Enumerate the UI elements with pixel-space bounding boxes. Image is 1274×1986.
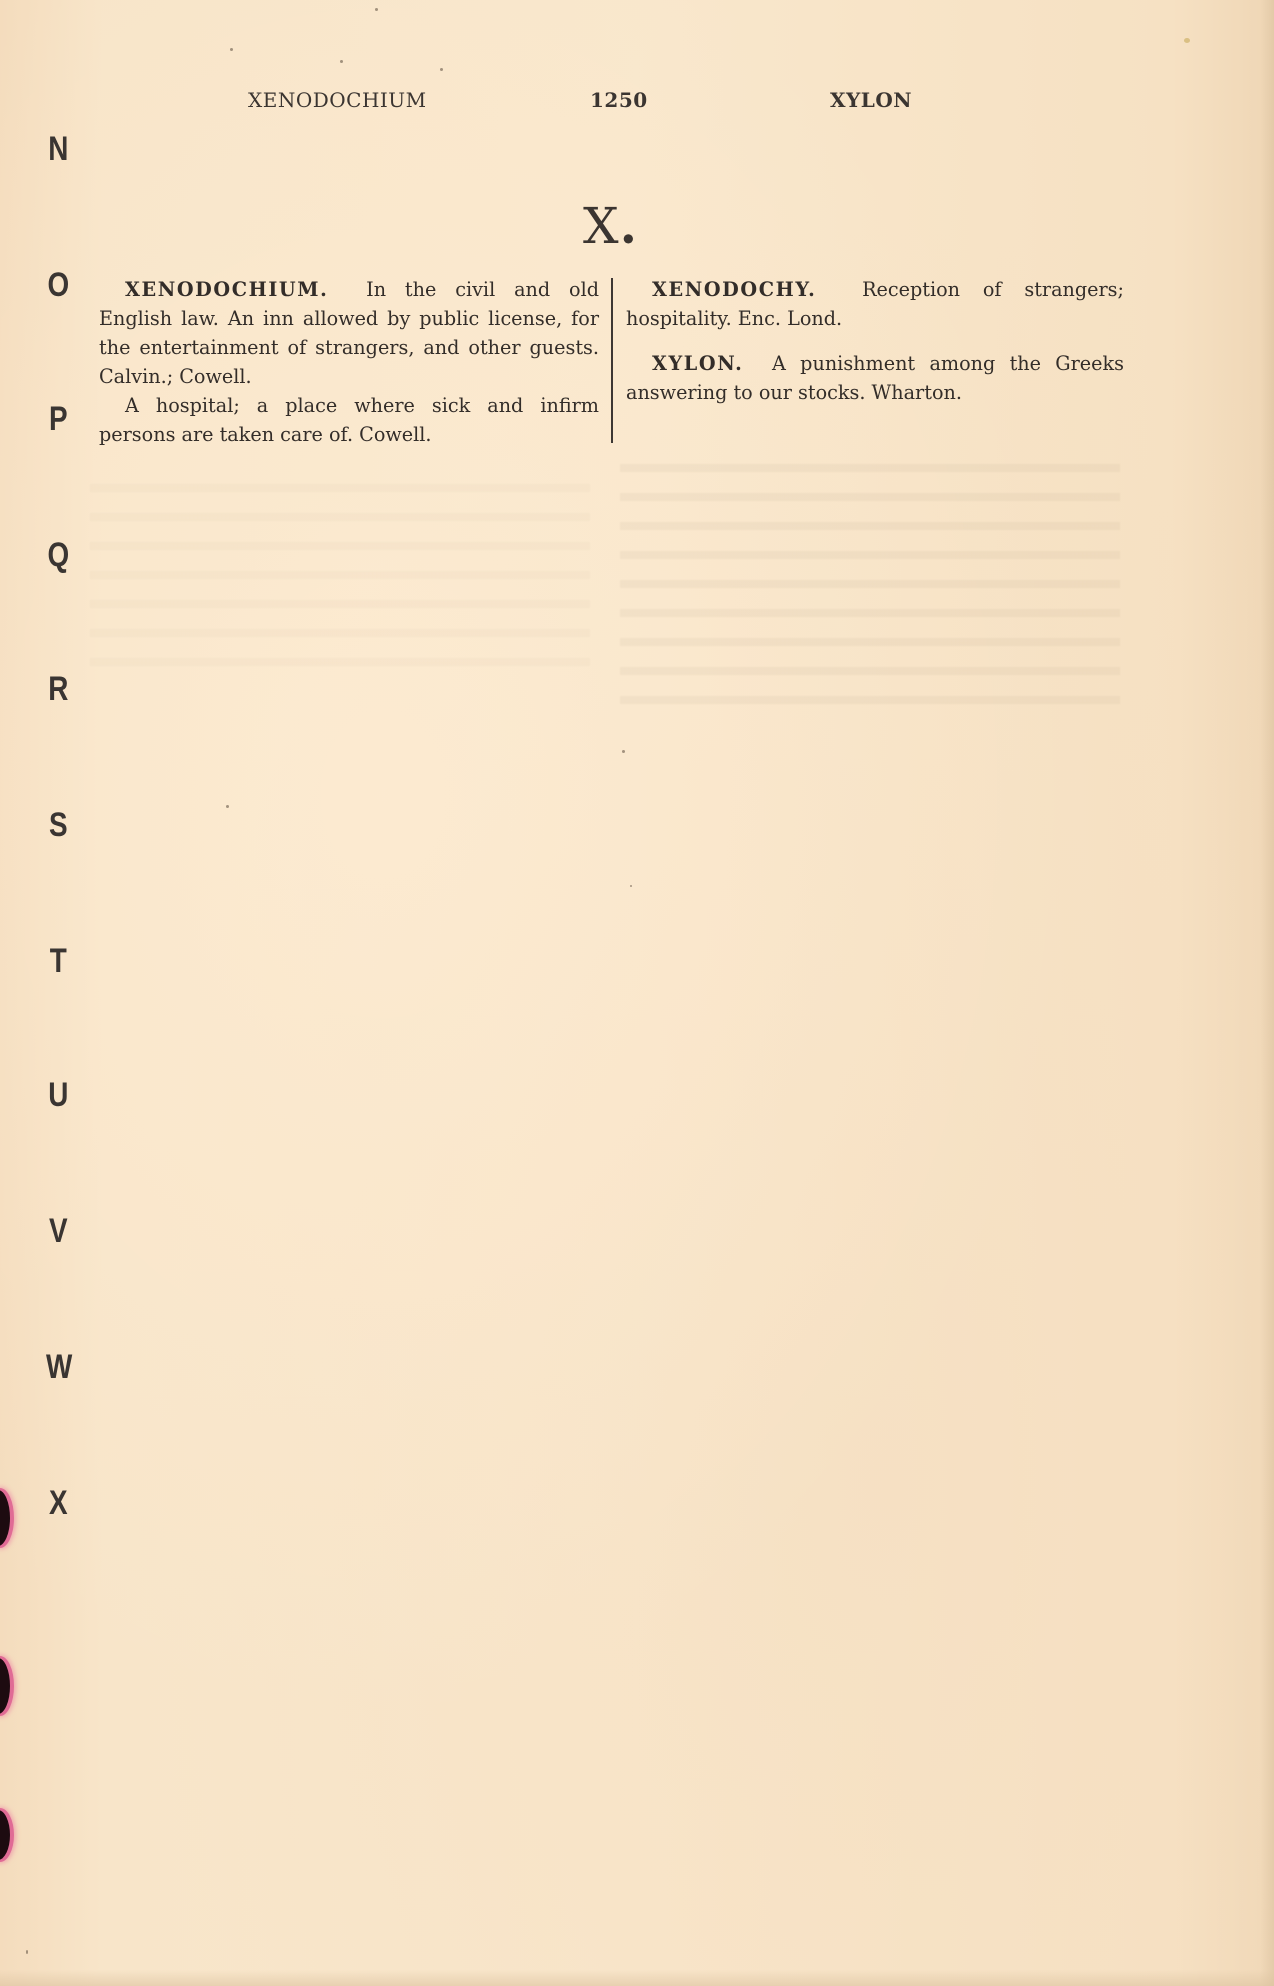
thumb-tab-u[interactable]: U (46, 1076, 71, 1115)
entry-paragraph: XENODOCHY. Reception of strangers; hospi… (626, 275, 1124, 333)
thumb-tab-w[interactable]: W (46, 1348, 71, 1387)
thumb-tab-o[interactable]: O (46, 266, 71, 305)
entry-definition: A hospital; a place where sick and infir… (99, 394, 599, 446)
dictionary-entry-xylon: XYLON. A punishment among the Greeks ans… (626, 349, 1124, 407)
left-guide-word: XENODOCHIUM (248, 88, 427, 112)
entry-paragraph: A hospital; a place where sick and infir… (99, 391, 599, 449)
entry-headword: XENODOCHIUM. (125, 278, 328, 301)
thumb-tab-x[interactable]: X (46, 1484, 71, 1523)
dictionary-entry-xenodochium: XENODOCHIUM. In the civil and old Englis… (99, 275, 599, 449)
thumb-tab-v[interactable]: V (46, 1212, 71, 1251)
entry-paragraph: XYLON. A punishment among the Greeks ans… (626, 349, 1124, 407)
page-edge (1260, 0, 1274, 1986)
thumb-tab-s[interactable]: S (46, 806, 71, 845)
column-divider (611, 278, 613, 443)
page-edge (0, 1970, 1274, 1986)
thumb-tab-q[interactable]: Q (46, 536, 71, 575)
entry-headword: XYLON. (652, 352, 743, 375)
scanned-page: XENODOCHIUM 1250 XYLON X. XENODOCHIUM. I… (0, 0, 1274, 1986)
reverse-page-show-through-left (90, 470, 590, 670)
binding-hole (0, 1810, 10, 1860)
section-heading: X. (583, 196, 638, 255)
section-punctuation: . (620, 196, 638, 255)
paper-speck (622, 750, 625, 753)
paper-speck (26, 1950, 28, 1954)
paper-speck (226, 805, 229, 808)
thumb-tab-p[interactable]: P (46, 400, 71, 439)
thumb-tab-r[interactable]: R (46, 670, 71, 709)
paper-speck (630, 885, 632, 887)
paper-speck (1184, 38, 1190, 43)
right-guide-word: XYLON (830, 88, 912, 112)
right-column: XENODOCHY. Reception of strangers; hospi… (626, 275, 1124, 407)
entry-paragraph: XENODOCHIUM. In the civil and old Englis… (99, 275, 599, 391)
running-header: XENODOCHIUM 1250 XYLON (0, 88, 1274, 118)
binding-hole (0, 1490, 10, 1546)
binding-hole (0, 1658, 10, 1714)
paper-speck (375, 8, 378, 11)
thumb-tab-t[interactable]: T (46, 942, 71, 981)
thumb-tab-n[interactable]: N (46, 130, 71, 169)
reverse-page-show-through (620, 450, 1120, 720)
paper-speck (440, 68, 443, 71)
page-number: 1250 (590, 88, 648, 112)
thumb-index: N O P Q R S T U V W X (46, 0, 86, 1986)
paper-speck (230, 48, 233, 51)
entry-headword: XENODOCHY. (652, 278, 816, 301)
paper-speck (340, 60, 343, 63)
section-letter: X (583, 197, 620, 255)
left-column: XENODOCHIUM. In the civil and old Englis… (99, 275, 599, 449)
dictionary-entry-xenodochy: XENODOCHY. Reception of strangers; hospi… (626, 275, 1124, 333)
